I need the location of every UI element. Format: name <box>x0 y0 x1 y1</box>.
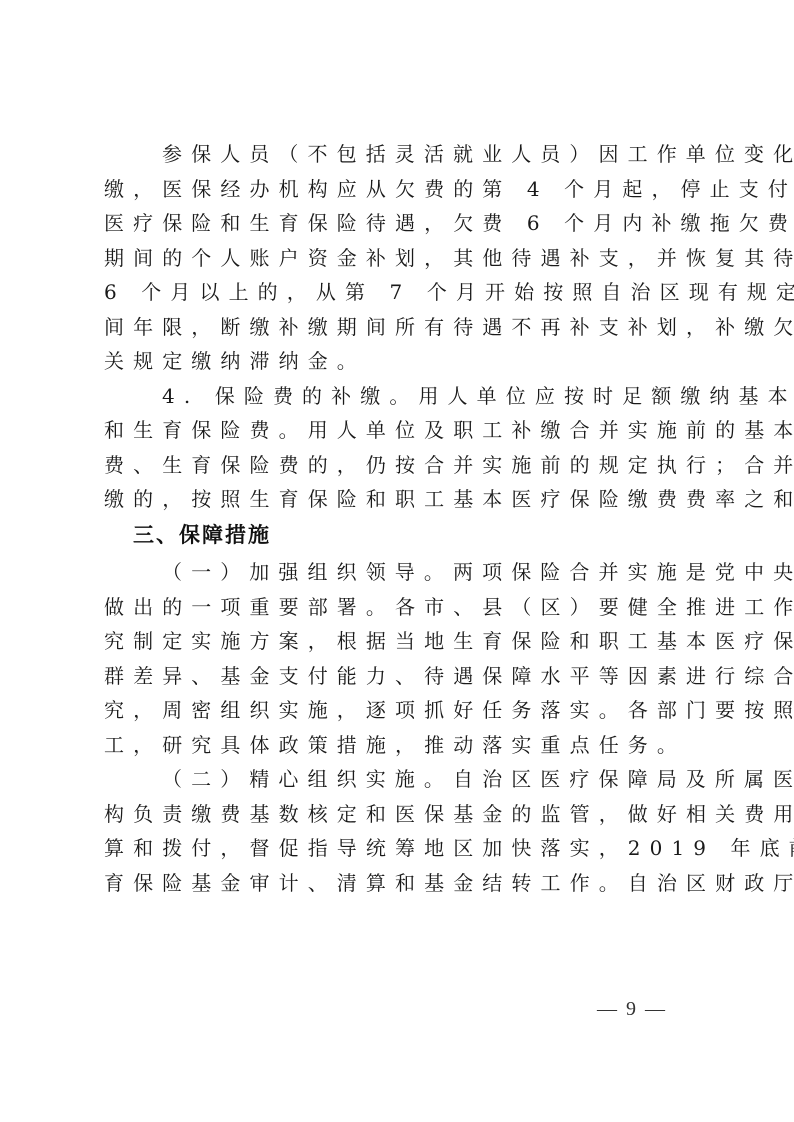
text-line: 4. 保险费的补缴。用人单位应按时足额缴纳基本医疗保险 <box>104 379 692 414</box>
text-line: 算和拨付，督促指导统筹地区加快落实，2019 年底前完成对生 <box>104 831 692 866</box>
text-line: 做出的一项重要部署。各市、县（区）要健全推进工作机制，研 <box>104 590 692 625</box>
text-line: 缴的，按照生育保险和职工基本医疗保险缴费费率之和补缴。 <box>104 482 692 517</box>
paragraph-supplementary-payment: 4. 保险费的补缴。用人单位应按时足额缴纳基本医疗保险 和生育保险费。用人单位及… <box>104 379 692 517</box>
page-number: — 9 — <box>592 998 672 1021</box>
text-line: 群差异、基金支付能力、待遇保障水平等因素进行综合分析和研 <box>104 659 692 694</box>
text-line: 6 个月以上的，从第 7 个月开始按照自治区现有规定购买断缴期 <box>104 275 692 310</box>
section-heading: 三、保障措施 <box>104 518 692 553</box>
paragraph-implementation: （二）精心组织实施。自治区医疗保障局及所属医保经办机 构负责缴费基数核定和医保基… <box>104 762 692 900</box>
paragraph-arrears: 参保人员（不包括灵活就业人员）因工作单位变化引起的断 缴，医保经办机构应从欠费的… <box>104 137 692 379</box>
text-line: 构负责缴费基数核定和医保基金的监管，做好相关费用的及时结 <box>104 797 692 832</box>
text-line: 关规定缴纳滞纳金。 <box>104 344 692 379</box>
text-line: （二）精心组织实施。自治区医疗保障局及所属医保经办机 <box>104 762 692 797</box>
text-line: 参保人员（不包括灵活就业人员）因工作单位变化引起的断 <box>104 137 692 172</box>
text-line: 和生育保险费。用人单位及职工补缴合并实施前的基本医疗保险 <box>104 413 692 448</box>
text-line: 费、生育保险费的，仍按合并实施前的规定执行；合并实施后补 <box>104 448 692 483</box>
paragraph-leadership: （一）加强组织领导。两项保险合并实施是党中央、国务院 做出的一项重要部署。各市、… <box>104 555 692 762</box>
text-line: 医疗保险和生育保险待遇，欠费 6 个月内补缴拖欠费用的，断缴 <box>104 206 692 241</box>
document-body: 参保人员（不包括灵活就业人员）因工作单位变化引起的断 缴，医保经办机构应从欠费的… <box>104 137 692 900</box>
text-line: 期间的个人账户资金补划，其他待遇补支，并恢复其待遇。欠费 <box>104 241 692 276</box>
text-line: 工，研究具体政策措施，推动落实重点任务。 <box>104 728 692 763</box>
text-line: 究制定实施方案，根据当地生育保险和职工基本医疗保险参保人 <box>104 624 692 659</box>
text-line: 间年限，断缴补缴期间所有待遇不再补支补划，补缴欠费应按有 <box>104 310 692 345</box>
text-line: 育保险基金审计、清算和基金结转工作。自治区财政厅负责按时 <box>104 866 692 901</box>
text-line: （一）加强组织领导。两项保险合并实施是党中央、国务院 <box>104 555 692 590</box>
text-line: 究，周密组织实施，逐项抓好任务落实。各部门要按照职责分 <box>104 693 692 728</box>
document-page: 参保人员（不包括灵活就业人员）因工作单位变化引起的断 缴，医保经办机构应从欠费的… <box>0 0 794 1122</box>
text-line: 缴，医保经办机构应从欠费的第 4 个月起，停止支付其职工基本 <box>104 172 692 207</box>
